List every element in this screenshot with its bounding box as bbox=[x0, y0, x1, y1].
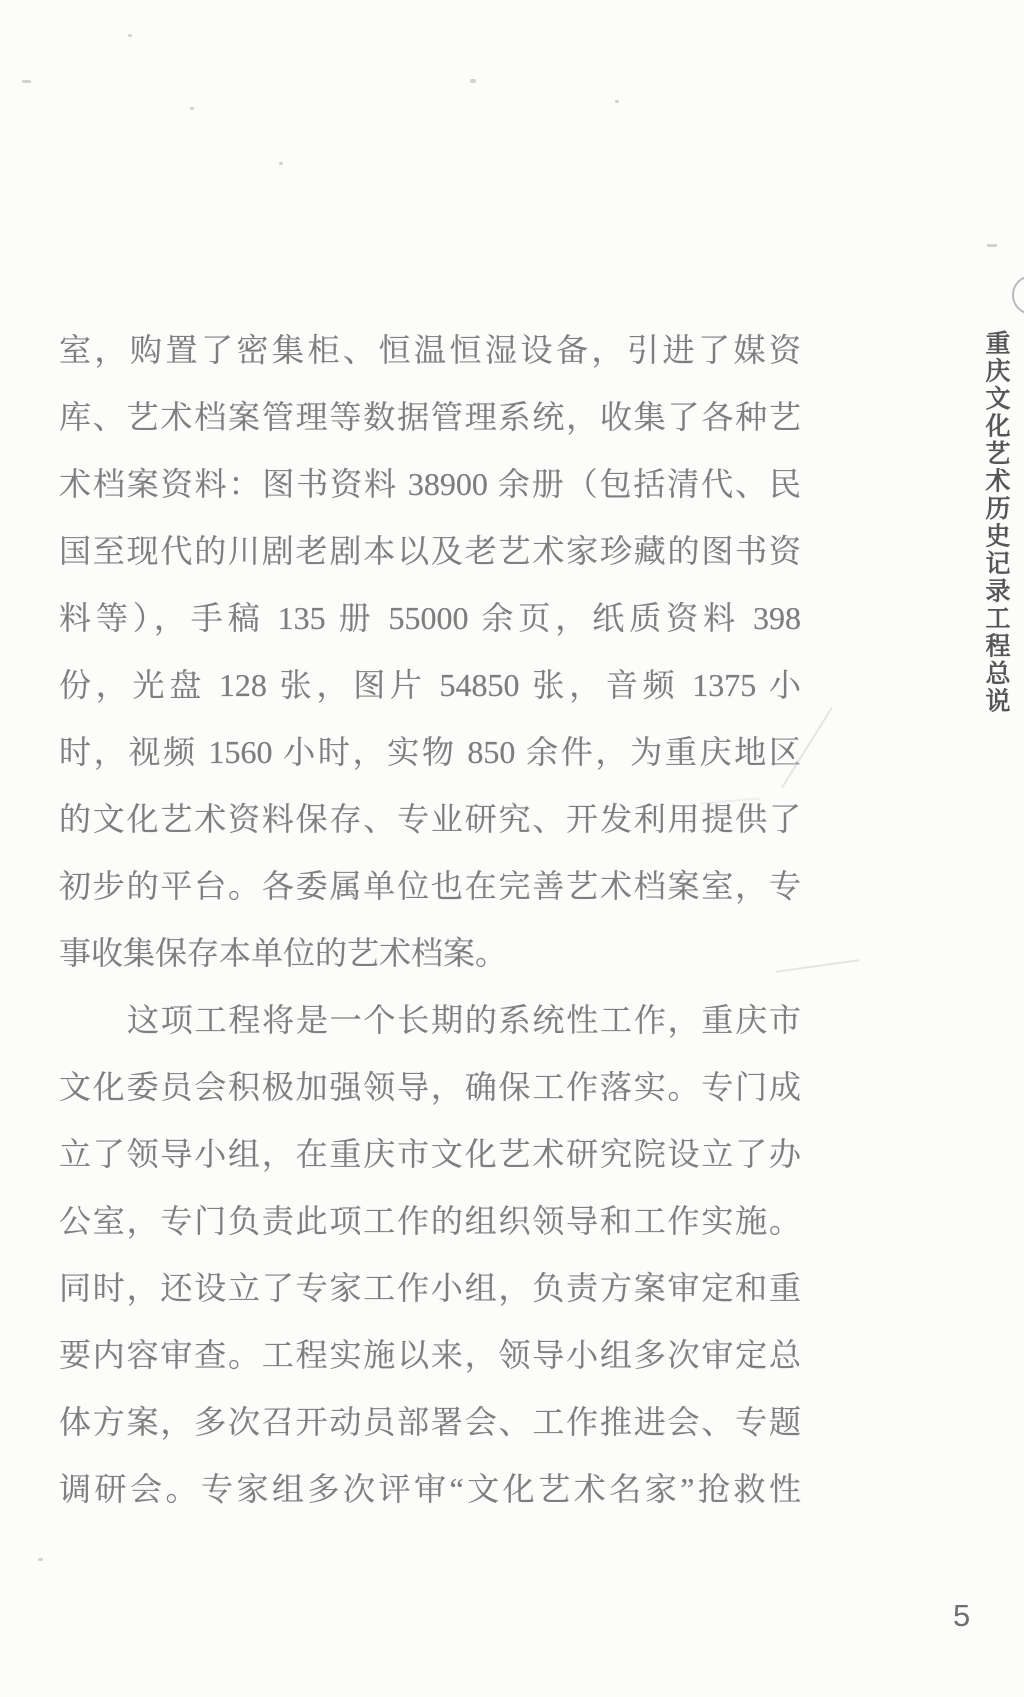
text-line: 时，视频 1560 小时，实物 850 余件，为重庆地区 bbox=[59, 719, 801, 786]
text-line: 室，购置了密集柜、恒温恒湿设备，引进了媒资 bbox=[59, 317, 801, 384]
scan-speck bbox=[190, 107, 194, 110]
scan-hole-artifact bbox=[1012, 275, 1024, 315]
scan-speck bbox=[22, 80, 31, 83]
text-line: 立了领导小组，在重庆市文化艺术研究院设立了办 bbox=[59, 1121, 801, 1188]
text-line: 事收集保存本单位的艺术档案。 bbox=[59, 920, 801, 987]
text-line: 调研会。专家组多次评审“文化艺术名家”抢救性 bbox=[59, 1456, 801, 1523]
text-line: 库、艺术档案管理等数据管理系统，收集了各种艺 bbox=[59, 384, 801, 451]
margin-running-title: 重庆文化艺术历史记录工程总说 bbox=[977, 330, 1013, 730]
body-text: 室，购置了密集柜、恒温恒湿设备，引进了媒资 库、艺术档案管理等数据管理系统，收集… bbox=[59, 317, 801, 1523]
page-number: 5 bbox=[953, 1598, 970, 1634]
text-line: 料等），手稿 135 册 55000 余页，纸质资料 398 bbox=[59, 585, 801, 652]
scan-speck bbox=[38, 1558, 43, 1561]
text-line: 体方案，多次召开动员部署会、工作推进会、专题 bbox=[59, 1389, 801, 1456]
scan-speck bbox=[470, 79, 476, 83]
text-line: 国至现代的川剧老剧本以及老艺术家珍藏的图书资 bbox=[59, 518, 801, 585]
text-line: 份，光盘 128 张，图片 54850 张，音频 1375 小 bbox=[59, 652, 801, 719]
scan-speck bbox=[615, 100, 619, 103]
text-line: 术档案资料：图书资料 38900 余册（包括清代、民 bbox=[59, 451, 801, 518]
text-line: 要内容审查。工程实施以来，领导小组多次审定总 bbox=[59, 1322, 801, 1389]
scan-speck bbox=[128, 34, 132, 37]
text-line: 初步的平台。各委属单位也在完善艺术档案室，专 bbox=[59, 853, 801, 920]
text-line-paragraph-start: 这项工程将是一个长期的系统性工作，重庆市 bbox=[59, 987, 801, 1054]
text-line: 文化委员会积极加强领导，确保工作落实。专门成 bbox=[59, 1054, 801, 1121]
text-line: 的文化艺术资料保存、专业研究、开发利用提供了 bbox=[59, 786, 801, 853]
scanned-book-page: 室，购置了密集柜、恒温恒湿设备，引进了媒资 库、艺术档案管理等数据管理系统，收集… bbox=[0, 0, 1024, 1697]
text-line: 公室，专门负责此项工作的组织领导和工作实施。 bbox=[59, 1188, 801, 1255]
scan-speck bbox=[987, 244, 997, 247]
scan-speck bbox=[279, 162, 283, 165]
text-line: 同时，还设立了专家工作小组，负责方案审定和重 bbox=[59, 1255, 801, 1322]
